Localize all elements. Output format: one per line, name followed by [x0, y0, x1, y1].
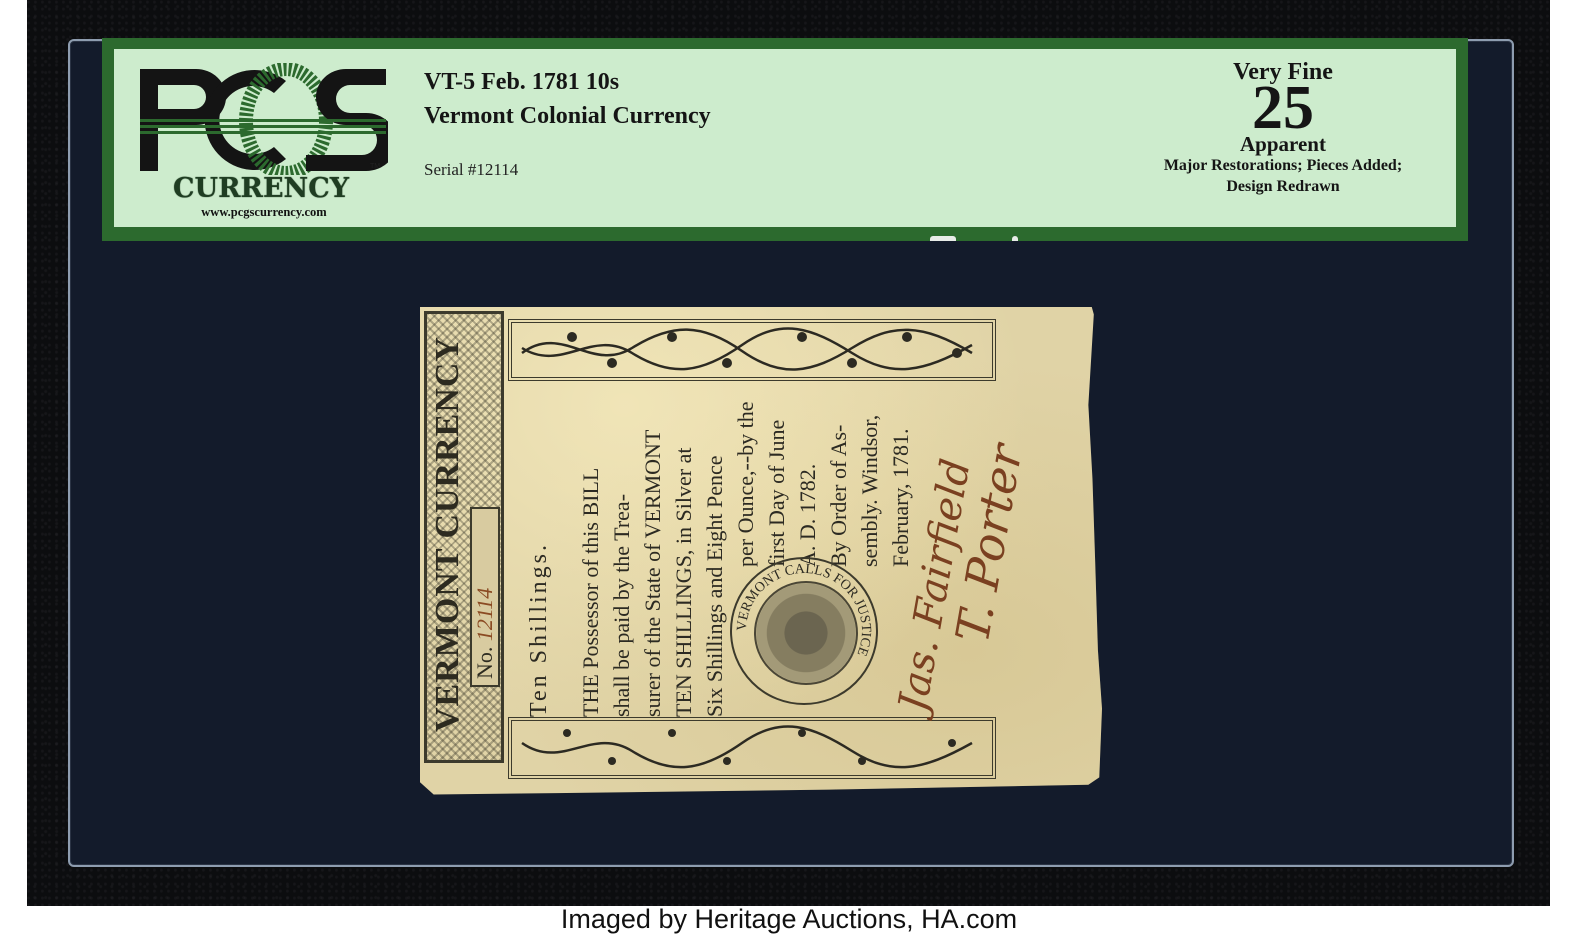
- grading-label: TM CURRENCY www.pcgscurrency.com VT-5 Fe…: [102, 38, 1468, 241]
- grade-number: 25: [1118, 83, 1448, 133]
- denomination-heading: Ten Shillings.: [524, 372, 555, 717]
- bottom-vine-border: [508, 717, 996, 779]
- pcgs-logo-icon: [136, 63, 388, 175]
- serial-number-box: No. 12114: [470, 507, 500, 687]
- grade-comment-line1: Major Restorations; Pieces Added;: [1118, 155, 1448, 176]
- body-line: Six Shillings and Eight Pence: [699, 372, 730, 717]
- vine-ornament-icon: [512, 323, 992, 377]
- seal-center-icon: [754, 581, 858, 685]
- pcgs-logo: TM CURRENCY www.pcgscurrency.com: [134, 59, 394, 219]
- note-type-title: Vermont Colonial Currency: [424, 103, 711, 130]
- logo-url: www.pcgscurrency.com: [134, 205, 394, 220]
- vermont-seal: VERMONT CALLS FOR JUSTICE: [730, 557, 878, 705]
- body-line: THE Possessor of this BILL: [575, 372, 606, 717]
- grade-block: Very Fine 25 Apparent Major Restorations…: [1118, 59, 1448, 197]
- label-tear-mark: [1012, 236, 1018, 241]
- note-catalog-title: VT-5 Feb. 1781 10s: [424, 69, 619, 96]
- label-tear-mark: [930, 236, 956, 241]
- banknote: VERMONT CURRENCY No. 12114 Ten Shillings…: [420, 307, 1102, 797]
- number-prefix: No.: [472, 647, 497, 679]
- handwritten-serial: 12114: [472, 588, 497, 641]
- trademark-mark: TM: [370, 163, 380, 170]
- serial-number: Serial #12114: [424, 160, 518, 180]
- label-panel: TM CURRENCY www.pcgscurrency.com VT-5 Fe…: [114, 49, 1456, 227]
- grade-comment-line2: Design Redrawn: [1118, 176, 1448, 197]
- vine-ornament-icon: [512, 721, 992, 775]
- image-credit-caption: Imaged by Heritage Auctions, HA.com: [0, 904, 1578, 935]
- side-border-text: VERMONT CURRENCY: [429, 314, 467, 754]
- body-line: surer of the State of VERMONT: [637, 372, 668, 717]
- grade-qualifier: Apparent: [1118, 133, 1448, 155]
- logo-currency-word: CURRENCY: [136, 173, 386, 204]
- body-line: TEN SHILLINGS, in Silver at: [668, 372, 699, 717]
- body-line: shall be paid by the Trea-: [606, 372, 637, 717]
